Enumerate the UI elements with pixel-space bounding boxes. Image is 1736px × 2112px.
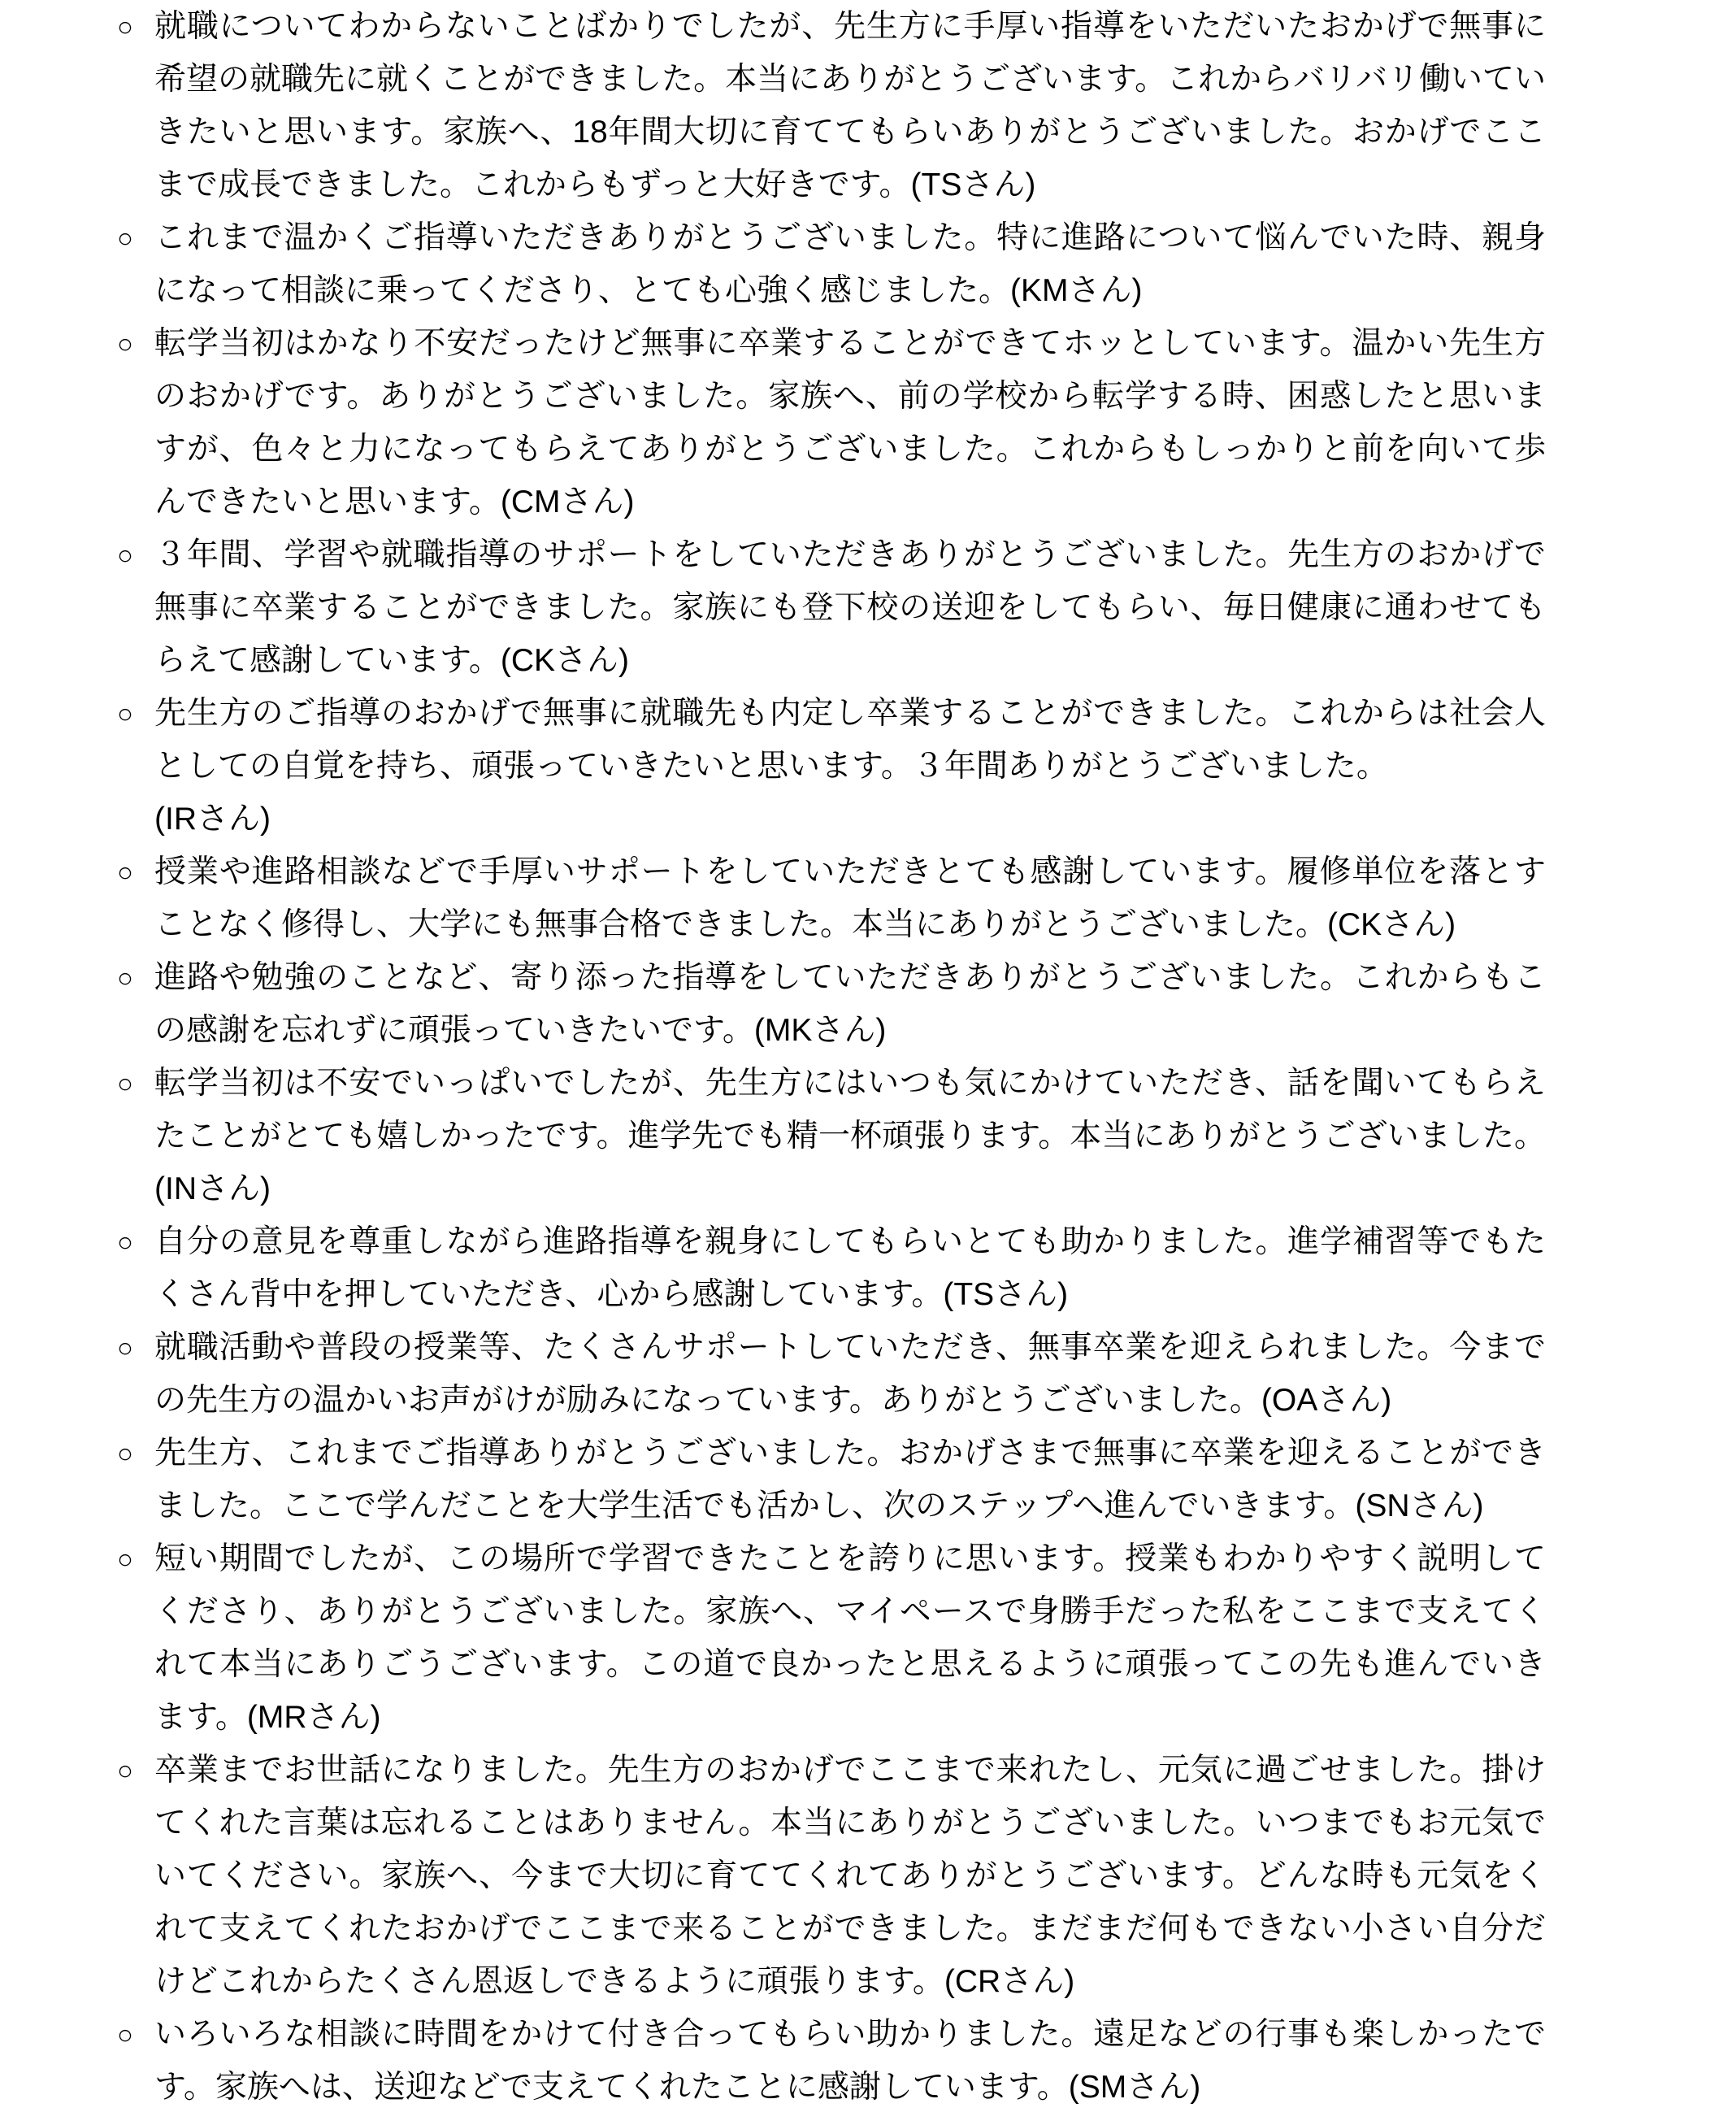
circle-bullet-icon: ○ bbox=[117, 317, 133, 370]
testimonial-item: ○進路や勉強のことなど、寄り添った指導をしていただきありがとうございました。これ… bbox=[154, 951, 1546, 1057]
testimonial-text: 自分の意見を尊重しながら進路指導を親身にしてもらいとても助かりました。進学補習等… bbox=[154, 1224, 1546, 1312]
testimonial-signature: (CMさん) bbox=[501, 485, 635, 519]
testimonial-signature: (MRさん) bbox=[247, 1700, 381, 1735]
testimonial-text: 卒業までお世話になりました。先生方のおかげでここまで来れたし、元気に過ごせました… bbox=[154, 1753, 1546, 1999]
testimonial-item: ○いろいろな相談に時間をかけて付き合ってもらい助かりました。遠足などの行事も楽し… bbox=[154, 2008, 1546, 2112]
circle-bullet-icon: ○ bbox=[117, 2008, 133, 2061]
testimonial-signature: (IRさん) bbox=[154, 793, 1546, 845]
circle-bullet-icon: ○ bbox=[117, 951, 133, 1004]
document-page: ○就職についてわからないことばかりでしたが、先生方に手厚い指導をいただいたおかげ… bbox=[0, 0, 1736, 2112]
testimonial-text: ３年間、学習や就職指導のサポートをしていただきありがとうございました。先生方のお… bbox=[154, 537, 1546, 678]
testimonial-signature: (KMさん) bbox=[1010, 273, 1142, 308]
testimonial-item: ○先生方のご指導のおかげで無事に就職先も内定し卒業することができました。これから… bbox=[154, 687, 1546, 845]
testimonial-item: ○就職活動や普段の授業等、たくさんサポートしていただき、無事卒業を迎えられました… bbox=[154, 1321, 1546, 1427]
circle-bullet-icon: ○ bbox=[117, 1057, 133, 1110]
testimonial-item: ○転学当初は不安でいっぱいでしたが、先生方にはいつも気にかけていただき、話を聞い… bbox=[154, 1057, 1546, 1215]
testimonial-item: ○就職についてわからないことばかりでしたが、先生方に手厚い指導をいただいたおかげ… bbox=[154, 0, 1546, 211]
testimonial-text: 転学当初は不安でいっぱいでしたが、先生方にはいつも気にかけていただき、話を聞いて… bbox=[154, 1066, 1546, 1154]
testimonial-signature: (OAさん) bbox=[1261, 1383, 1391, 1418]
testimonial-item: ○短い期間でしたが、この場所で学習できたことを誇りに思います。授業もわかりやすく… bbox=[154, 1532, 1546, 1744]
circle-bullet-icon: ○ bbox=[117, 1321, 133, 1374]
testimonial-signature: (SNさん) bbox=[1355, 1488, 1483, 1523]
testimonial-item: ○卒業までお世話になりました。先生方のおかげでここまで来れたし、元気に過ごせまし… bbox=[154, 1744, 1546, 2008]
testimonial-signature: (CKさん) bbox=[1327, 907, 1456, 942]
circle-bullet-icon: ○ bbox=[117, 528, 133, 581]
circle-bullet-icon: ○ bbox=[117, 0, 133, 53]
testimonial-signature: (TSさん) bbox=[911, 167, 1036, 202]
testimonial-signature: (INさん) bbox=[154, 1171, 271, 1206]
testimonial-item: ○転学当初はかなり不安だったけど無事に卒業することができてホッとしています。温か… bbox=[154, 317, 1546, 528]
testimonial-signature: (TSさん) bbox=[943, 1277, 1068, 1312]
testimonial-text: 先生方のご指導のおかげで無事に就職先も内定し卒業することができました。これからは… bbox=[154, 696, 1546, 784]
circle-bullet-icon: ○ bbox=[117, 1532, 133, 1585]
testimonial-text: 先生方、これまでご指導ありがとうございました。おかげさまで無事に卒業を迎えること… bbox=[154, 1436, 1546, 1523]
testimonial-text: いろいろな相談に時間をかけて付き合ってもらい助かりました。遠足などの行事も楽しか… bbox=[154, 2017, 1546, 2105]
testimonial-list: ○就職についてわからないことばかりでしたが、先生方に手厚い指導をいただいたおかげ… bbox=[154, 0, 1546, 2112]
circle-bullet-icon: ○ bbox=[117, 1744, 133, 1797]
circle-bullet-icon: ○ bbox=[117, 1427, 133, 1480]
circle-bullet-icon: ○ bbox=[117, 687, 133, 740]
testimonial-signature: (SMさん) bbox=[1069, 2070, 1200, 2105]
testimonial-item: ○授業や進路相談などで手厚いサポートをしていただきとても感謝しています。履修単位… bbox=[154, 845, 1546, 951]
circle-bullet-icon: ○ bbox=[117, 211, 133, 264]
testimonial-text: これまで温かくご指導いただきありがとうございました。特に進路について悩んでいた時… bbox=[154, 220, 1546, 308]
circle-bullet-icon: ○ bbox=[117, 1215, 133, 1268]
testimonial-item: ○先生方、これまでご指導ありがとうございました。おかげさまで無事に卒業を迎えるこ… bbox=[154, 1427, 1546, 1532]
testimonial-item: ○自分の意見を尊重しながら進路指導を親身にしてもらいとても助かりました。進学補習… bbox=[154, 1215, 1546, 1321]
testimonial-signature: (CRさん) bbox=[944, 1964, 1074, 1999]
testimonial-signature: (MKさん) bbox=[754, 1013, 886, 1048]
testimonial-text: 就職についてわからないことばかりでしたが、先生方に手厚い指導をいただいたおかげで… bbox=[154, 9, 1546, 202]
testimonial-item: ○これまで温かくご指導いただきありがとうございました。特に進路について悩んでいた… bbox=[154, 211, 1546, 317]
testimonial-text: 転学当初はかなり不安だったけど無事に卒業することができてホッとしています。温かい… bbox=[154, 326, 1546, 519]
testimonial-signature: (CKさん) bbox=[501, 643, 629, 678]
testimonial-item: ○３年間、学習や就職指導のサポートをしていただきありがとうございました。先生方の… bbox=[154, 528, 1546, 687]
circle-bullet-icon: ○ bbox=[117, 845, 133, 898]
